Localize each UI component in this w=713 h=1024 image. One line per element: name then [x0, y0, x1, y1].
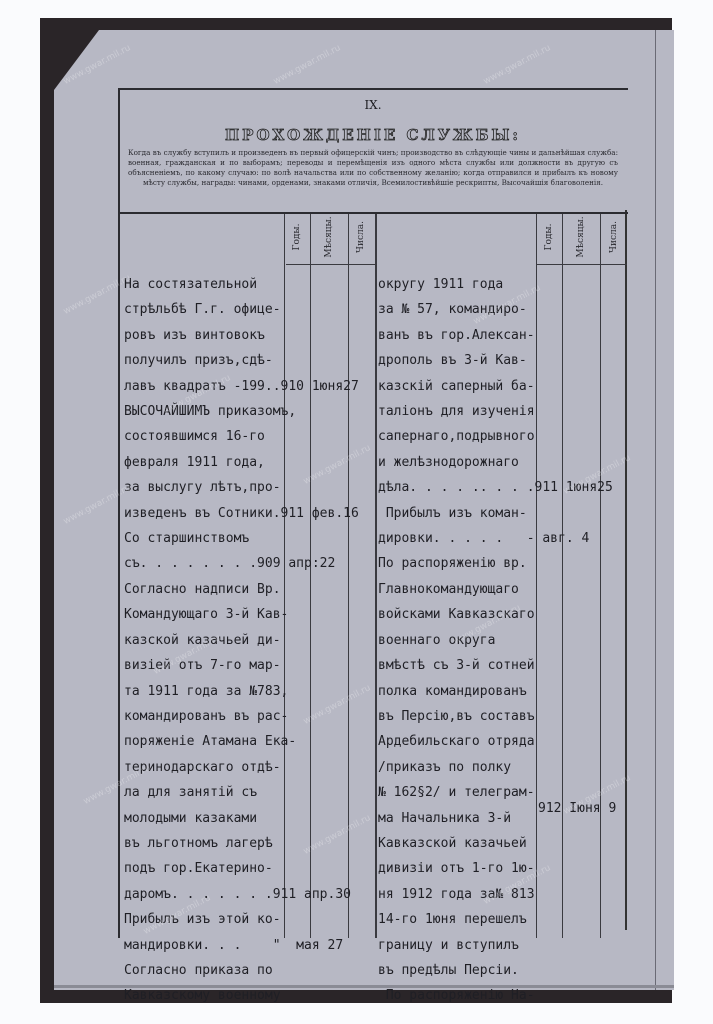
record-line: Главнокомандующаго — [378, 577, 613, 602]
record-line: та 1911 года за №783, — [124, 679, 359, 704]
record-line: въ предѣлы Персіи. — [378, 958, 613, 983]
section-header: IX. ПРОХОЖДЕНІЕ СЛУЖБЫ: Когда въ службу … — [118, 88, 628, 214]
record-line: Кавказскому военному — [124, 983, 359, 1008]
record-line: мандировки. . . " мая 27 — [124, 933, 359, 958]
record-line: сапернаго,подрывного — [378, 424, 613, 449]
record-line: подъ гор.Екатерино- — [124, 856, 359, 881]
record-line: Кавказской казачьей — [378, 831, 613, 856]
col-header-years-left: Годы. — [292, 220, 302, 254]
record-line: ванъ въ гор.Алексан- — [378, 323, 613, 348]
record-line: состоявшимся 16-го — [124, 424, 359, 449]
col-header-months-right: Мѣсяцы. — [576, 213, 586, 261]
record-line: Со старшинствомъ — [124, 526, 359, 551]
record-line: ровъ изъ винтовокъ — [124, 323, 359, 348]
col-header-months-left: Мѣсяцы. — [324, 213, 334, 261]
record-line: ВЫСОЧАЙШИМЪ приказомъ, — [124, 399, 359, 424]
record-line: вмѣстѣ съ 3-й сотней — [378, 653, 613, 678]
record-line: Прибылъ изъ коман- — [378, 501, 613, 526]
record-line: полка командированъ — [378, 679, 613, 704]
col-divider-center — [375, 214, 377, 938]
record-line: таліонъ для изученія — [378, 399, 613, 424]
record-line: По распоряженію На- — [378, 983, 613, 1008]
record-line: изведенъ въ Сотники.911 фев.16 — [124, 501, 359, 526]
service-record-left-column: На состязательнойстрѣльбѣ Г.г. офице-ров… — [124, 272, 359, 1009]
record-line: Согласно приказа по — [124, 958, 359, 983]
record-line: дивизіи отъ 1-го 1ю- — [378, 856, 613, 881]
record-line: и желѣзнодорожнаго — [378, 450, 613, 475]
record-line: военнаго округа — [378, 628, 613, 653]
record-line: 14-го 1юня перешелъ — [378, 907, 613, 932]
record-line: за выслугу лѣтъ,про- — [124, 475, 359, 500]
page-fold-line — [655, 30, 656, 990]
record-line: молодыми казаками — [124, 806, 359, 831]
record-line: На состязательной — [124, 272, 359, 297]
record-line: Согласно надписи Вр. — [124, 577, 359, 602]
record-line: дировки. . . . . - авг. 4 — [378, 526, 613, 551]
record-line: теринодарскаго отдѣ- — [124, 755, 359, 780]
record-line: поряженіе Атамана Ека- — [124, 729, 359, 754]
record-line: Ардебильскаго отряда — [378, 729, 613, 754]
record-line: /приказъ по полку — [378, 755, 613, 780]
section-title: ПРОХОЖДЕНІЕ СЛУЖБЫ: — [118, 126, 628, 144]
record-line: округу 1911 года — [378, 272, 613, 297]
record-line: даромъ. . . . . . .911 апр.30 — [124, 882, 359, 907]
header-rule-right — [537, 264, 627, 265]
section-number: IX. — [118, 98, 628, 112]
record-line: дрополь въ 3-й Кав- — [378, 348, 613, 373]
record-line: съ. . . . . . . .909 апр:22 — [124, 551, 359, 576]
record-line: въ Персію,въ составъ — [378, 704, 613, 729]
record-line: ла для занятій съ — [124, 780, 359, 805]
record-line: границу и вступилъ — [378, 933, 613, 958]
record-line: стрѣльбѣ Г.г. офице- — [124, 297, 359, 322]
col-header-years-right: Годы. — [544, 220, 554, 254]
col-header-days-left: Числа. — [356, 220, 366, 254]
record-line: лавъ квадратъ -199..910 1юня27 — [124, 374, 359, 399]
record-line: По распоряженію вр. — [378, 551, 613, 576]
record-line: Командующаго 3-й Кав- — [124, 602, 359, 627]
record-line: казскій саперный ба- — [378, 374, 613, 399]
section-description: Когда въ службу вступилъ и произведенъ в… — [128, 148, 618, 188]
col-header-days-right: Числа. — [609, 220, 619, 254]
header-rule-left — [286, 264, 375, 265]
record-line: получилъ призъ,сдѣ- — [124, 348, 359, 373]
record-line: казской казачьей ди- — [124, 628, 359, 653]
